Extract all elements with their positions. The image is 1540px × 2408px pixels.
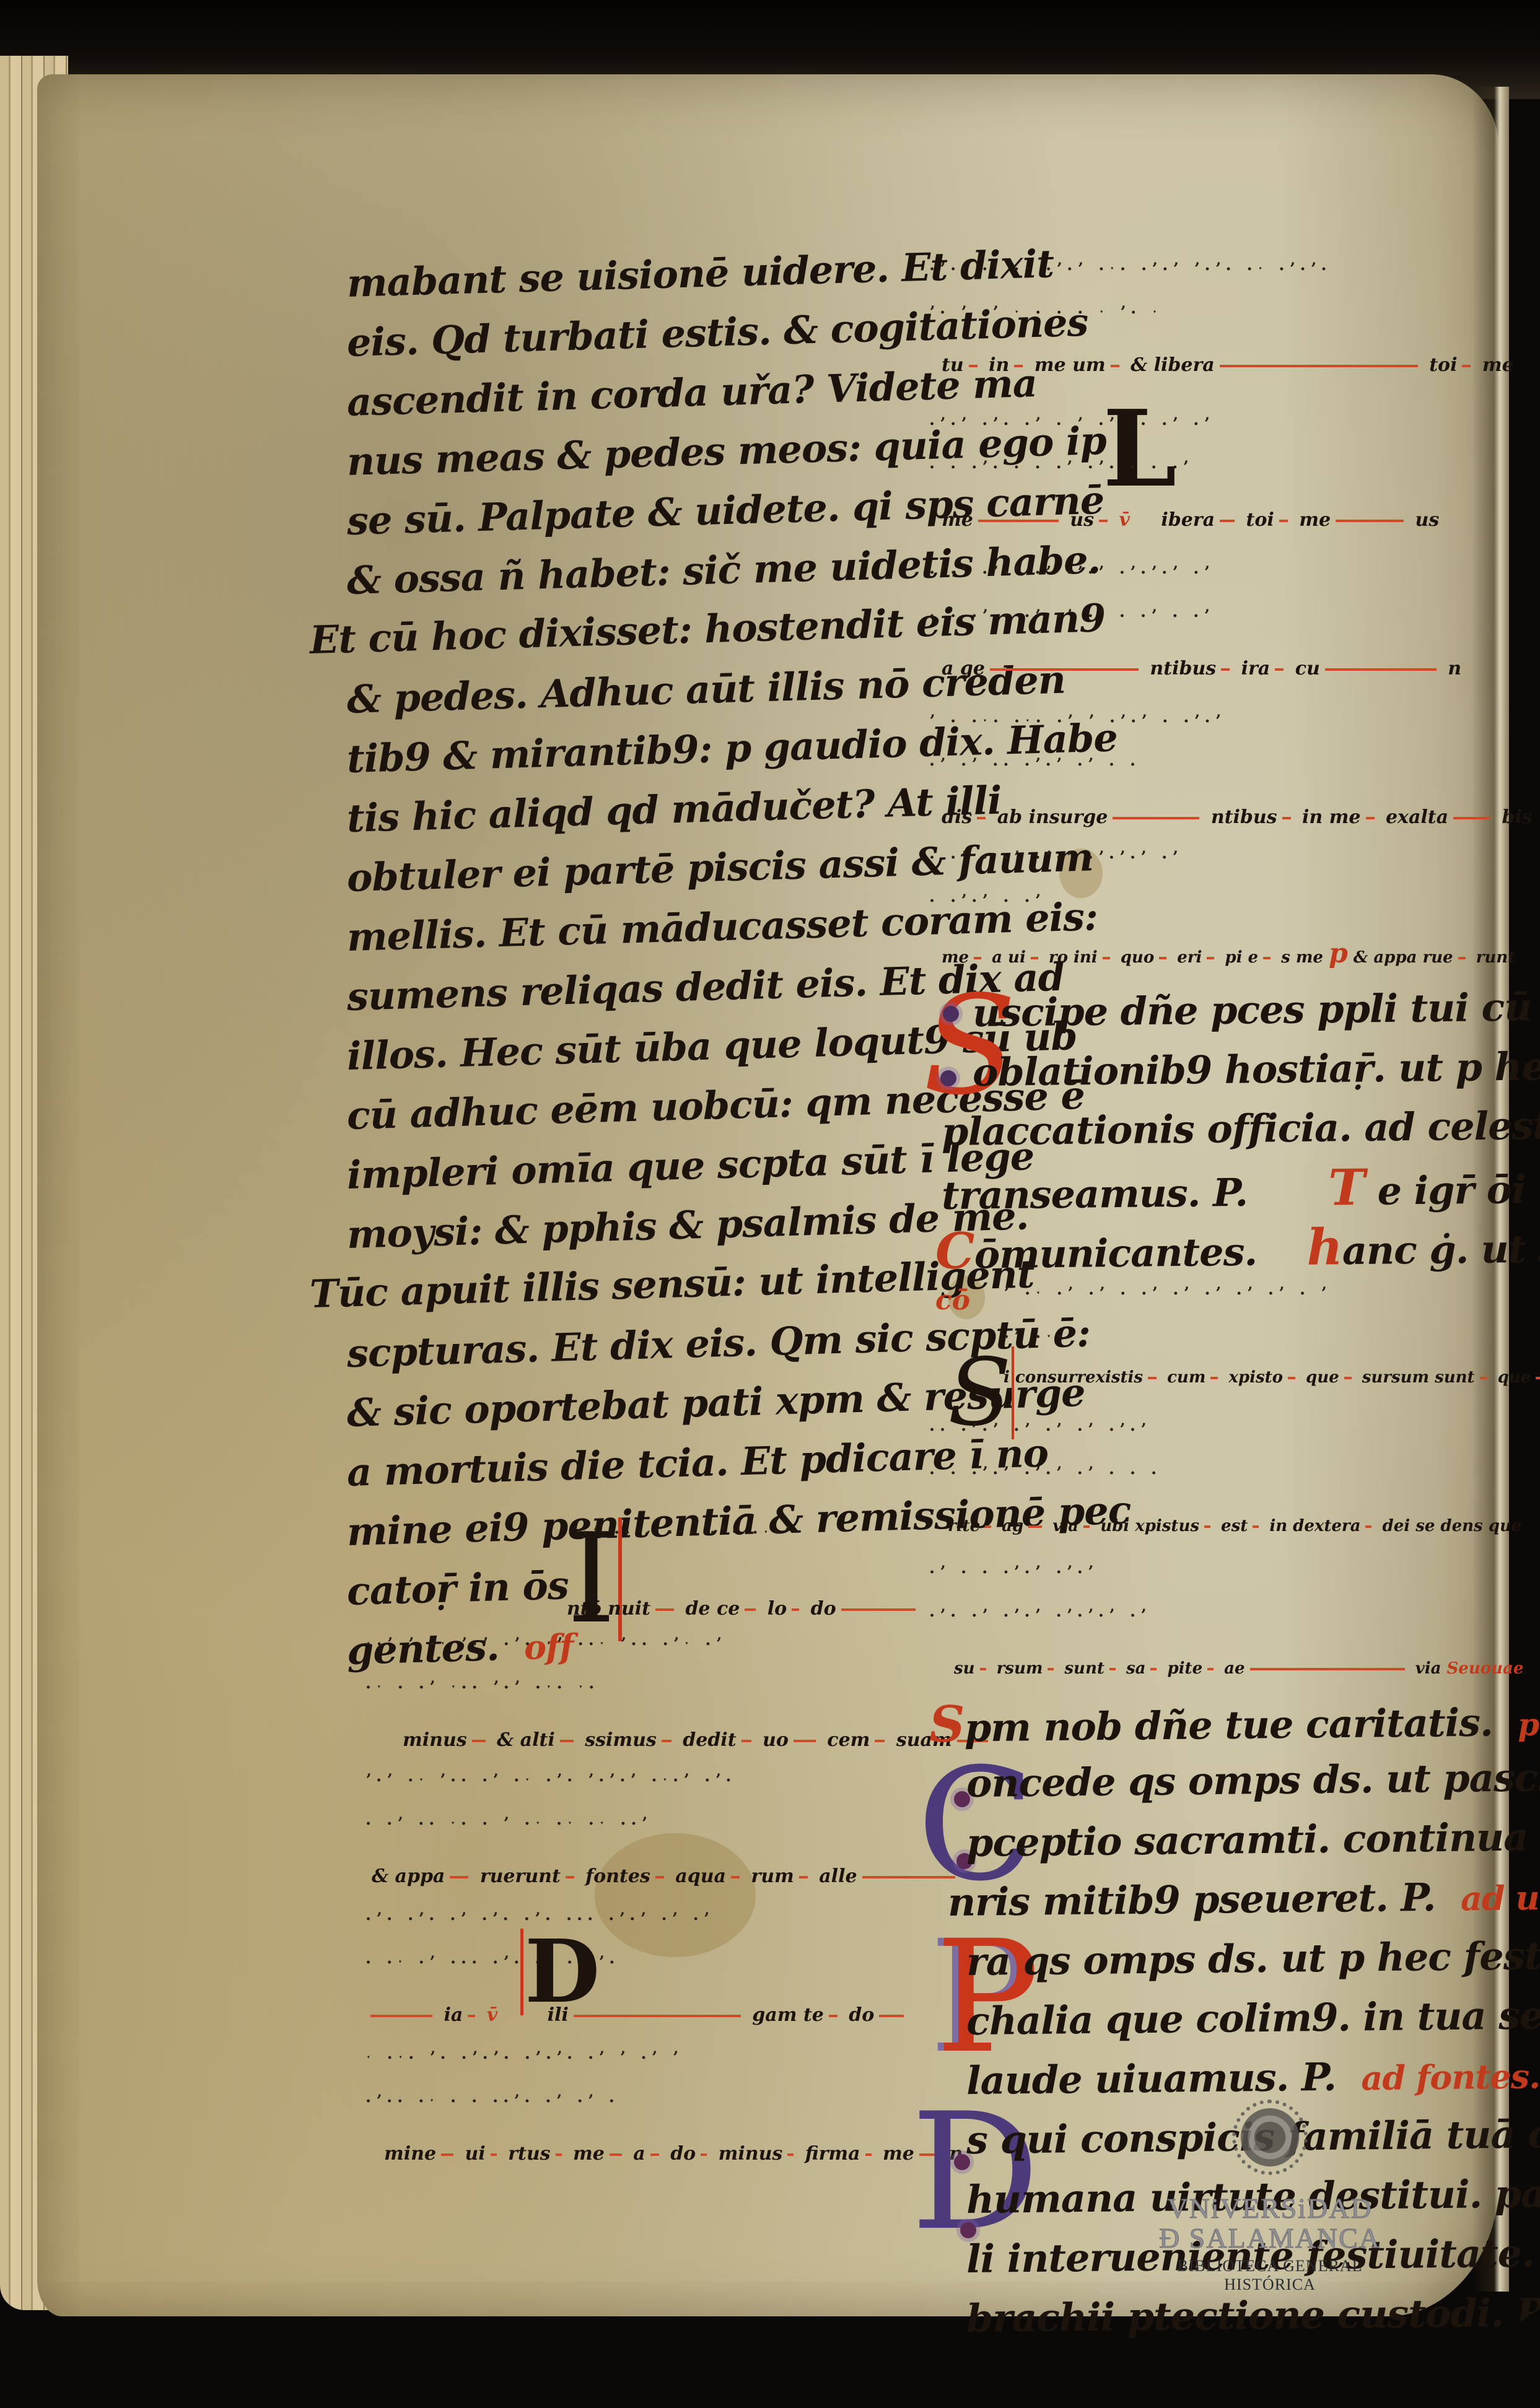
- syllable: me: [942, 502, 973, 539]
- neumes: ·ʼ · · ·ʼ·ʼ ·ʼ·ʼ: [929, 1563, 1493, 1607]
- lyric-extender: [745, 1608, 756, 1611]
- lyric-extender: [1207, 957, 1214, 959]
- syllable: cum: [1167, 1359, 1205, 1396]
- lyric-extender: [655, 1876, 664, 1878]
- syllable: ira: [1241, 650, 1271, 687]
- lyric-extender: [1109, 1668, 1116, 1670]
- neumes: ˑ·ʼ ʼ ·ˑ ʼ·ʼ ·ʼ· ˑʼ ··ˑ ʼ·· ·ʼˑ ·ʼ: [365, 1635, 911, 1678]
- syllable: que: [1306, 1359, 1339, 1396]
- text-line: chalia que colim9. in tua semper: [966, 1986, 1493, 2051]
- prayer-concede: C oncede qs omps ds. ut paschalis pcepti…: [929, 1754, 1493, 1932]
- lyric-extender: [731, 1876, 740, 1878]
- rubric-tag: pcō. at: [1518, 1705, 1540, 1743]
- text-line: Cōmunicantes. hanc ġ. ut sr̄.: [935, 1216, 1493, 1281]
- lyric-extender: [1275, 668, 1284, 671]
- lyric-extender: [1159, 957, 1166, 959]
- lyric-row: i consurrexistis cum xpisto que sursum s…: [929, 1359, 1493, 1396]
- right-column: ·ʼ·· ·ʼ ·ˑ ·ʼ·ʼ ·ˑ· ·ʼ·ʼ ʼ·ʼ· ·ˑ ·ʼ·ʼ· ʼ…: [929, 260, 1493, 2349]
- syllable: ag: [1002, 1507, 1023, 1545]
- lyric-extender: [610, 2153, 622, 2156]
- lyric-extender: [1325, 668, 1437, 671]
- neumes: ʼ·ʼ ·ˑ ʼ·· ·ʼ ·ˑ ·ʼ· ʼ·ʼ·ʼ ·ˑ·ʼ ·ʼ·: [365, 1771, 911, 1815]
- syllable: s: [1281, 939, 1290, 976]
- lyric-extender: [977, 817, 986, 819]
- communion-chant: cō ʼ ·ˑ ·ʼ ·ʼ · ·ʼ ·ʼ ·ʼ ·ʼ ·ʼ · ʼ ·ʼ ·ˑ…: [929, 1285, 1493, 1687]
- verse-marker: v̄: [487, 1997, 497, 2034]
- lyric-row: rite ag via ubi xpistus est in dextera d…: [929, 1507, 1493, 1545]
- syllable: me: [1299, 502, 1331, 539]
- syllable: ibera: [1161, 502, 1215, 539]
- lyric-extender: [1480, 1377, 1487, 1379]
- neumes: ·ʼ ·ʼ ·· ·ʼ·ʼ ·ʼ · ·: [929, 756, 1493, 799]
- syllable: bis: [1502, 799, 1533, 836]
- neumes: ·ʼ·ʼ ·ʼ·ʼ ·ʼ ·ʼ·ʼ ·ʼ·ʼ·ʼ ·ʼ: [929, 564, 1493, 607]
- lyric-row: tu in me um & libera toi me: [929, 347, 1493, 384]
- syllable: us: [1070, 502, 1094, 539]
- lyric-row: me us v̄ ibera toi me us: [929, 502, 1493, 539]
- syllable: sunt: [1064, 1650, 1104, 1687]
- syllable: uo: [763, 1722, 789, 1759]
- lyric-extender: [1458, 957, 1466, 959]
- lyric-extender: [742, 1740, 751, 1742]
- seal-icon: [1232, 2100, 1308, 2175]
- text-fragment: e igr̄ ōi: [1377, 1167, 1526, 1213]
- syllable: lo: [768, 1590, 787, 1628]
- lyric-extender: [468, 2015, 475, 2017]
- lyric-extender: [792, 1608, 799, 1611]
- watermark-library: BIBLIOTECA GENERAL HISTÓRICA: [1140, 2257, 1400, 2294]
- lyric-extender: [1220, 520, 1235, 522]
- syllable: aqua: [675, 1858, 726, 1895]
- syllable: alle: [819, 1858, 857, 1895]
- lyric-extender: [1263, 957, 1271, 959]
- lyric-extender: [974, 957, 981, 959]
- syllable: pi e: [1225, 939, 1258, 976]
- syllable: in dextera: [1269, 1507, 1360, 1545]
- neumes: ·ʼ· ·ʼ· ·ʼ ·ʼ· ·ʼ· ··· ·ʼ·ʼ ·ʼ ·ʼ: [365, 1910, 911, 1953]
- lyric-extender: [1221, 668, 1230, 671]
- syllable: ruerunt: [480, 1858, 561, 1895]
- rubric-tag: ad fontes.: [1361, 2056, 1540, 2098]
- lyric-extender: [879, 2015, 904, 2017]
- lyric-extender: [1083, 1525, 1090, 1528]
- syllable: minus: [719, 2135, 783, 2173]
- syllable: exalta: [1386, 799, 1448, 836]
- watermark-university: VNiVERSiDAD: [1140, 2194, 1400, 2223]
- lyric-extender: [1253, 1525, 1259, 1528]
- lyric-extender: [1210, 1377, 1218, 1379]
- text-line: pceptio sacramti. continua in: [966, 1808, 1493, 1873]
- syllable: do: [811, 1590, 836, 1628]
- syllable: me: [883, 2135, 914, 2173]
- syllable: me: [573, 2135, 605, 2173]
- verse-marker: v̄: [1119, 502, 1129, 539]
- syllable: dedit: [683, 1722, 736, 1759]
- lyric-extender: [1279, 520, 1288, 522]
- syllable: su: [954, 1650, 975, 1687]
- lyric-extender: [969, 365, 978, 367]
- neumes: ·ʼ·· ·ˑ · · ··ʼ· ·ʼ ·ʼ ·: [365, 2092, 911, 2135]
- syllable: a ge: [942, 650, 985, 687]
- lyric-extender: [574, 2015, 741, 2017]
- lyric-extender: [1536, 1377, 1540, 1379]
- text-fragment: anc ġ. ut sr̄.: [1342, 1226, 1540, 1273]
- syllable: via: [1052, 1507, 1078, 1545]
- syllable: fontes: [585, 1858, 650, 1895]
- lyric-extender: [1220, 365, 1418, 367]
- neumes: · ·ʼ · ·ʼ ·ʼ·ʼ ·ʼ·ʼ·ʼ ·ʼ: [929, 848, 1493, 892]
- syllable: que: [1489, 1507, 1522, 1545]
- syllable: de ce: [685, 1590, 740, 1628]
- syllable: a: [633, 2135, 645, 2173]
- neumes: ·ʼ ·· ˑ ·ˑ· ·ʼˑ ·ˑ·ʼ: [582, 1524, 904, 1567]
- syllable: rsum: [997, 1650, 1043, 1687]
- syllable: ia: [444, 1997, 463, 2034]
- lyric-extender: [875, 1740, 885, 1742]
- text-fragment: ōmunicantes.: [974, 1229, 1257, 1278]
- syllable: dei: [1383, 1507, 1411, 1545]
- syllable: & appa: [372, 1858, 445, 1895]
- lyric-extender: [370, 2015, 432, 2017]
- initial-letter-t: T: [1328, 1158, 1365, 1217]
- watermark-salamanca: Đ SALAMANCA: [1140, 2223, 1400, 2253]
- left-column: mabant se uisionē uidere. Et dixit eis. …: [347, 254, 904, 1681]
- lyric-row: ia v̄ ili gam te do: [365, 1997, 911, 2034]
- syllable: toi: [1246, 502, 1274, 539]
- text-line: oblationib9 hostiaṝ. ut p hec pie: [972, 1037, 1493, 1102]
- syllable: cu: [1295, 650, 1320, 687]
- syllable: rue: [1422, 939, 1453, 976]
- syllable: rtus: [508, 2135, 550, 2173]
- lyric-extender: [1204, 1525, 1210, 1528]
- syllable: in: [989, 347, 1009, 384]
- lyric-row: & appa ruerunt fontes aqua rum alle: [365, 1858, 911, 1895]
- chant-lyrics: ntō nuit de ce lo do: [567, 1590, 901, 1628]
- initial-letter-c: C: [935, 1221, 975, 1280]
- neumes: ·ʼ· ·ʼ ·ʼ·ʼ ·ʼ·ʼ·ʼ ·ʼ: [929, 1607, 1493, 1650]
- lyric-extender: [1048, 1668, 1054, 1670]
- syllable: firma: [805, 2135, 860, 2173]
- syllable: ae: [1224, 1650, 1245, 1687]
- lyric-extender: [1014, 365, 1023, 367]
- chant-block-left: ˑ·ʼ ʼ ·ˑ ʼ·ʼ ·ʼ· ˑʼ ··ˑ ʼ·· ·ʼˑ ·ʼ ·ˑ · …: [365, 1635, 911, 2173]
- lyric-extender: [1250, 1668, 1405, 1670]
- lyric-extender: [1462, 365, 1471, 367]
- syllable: me: [1035, 347, 1066, 384]
- syllable: pite: [1168, 1650, 1203, 1687]
- differentia-rubric: Seuouae: [1447, 1650, 1524, 1687]
- lyric-extender: [1344, 1377, 1352, 1379]
- lyric-extender: [655, 1608, 674, 1611]
- lyric-row: a ge ntibus ira cu n: [929, 650, 1493, 687]
- syllable: do: [670, 2135, 696, 2173]
- syllable: quo: [1121, 939, 1154, 976]
- syllable: ili: [548, 1997, 569, 2034]
- text-line: placcationis officia. ad celestē glām: [941, 1097, 1493, 1162]
- neumes: ʼ ·ˑ ·ʼ ·ʼ · ·ʼ ·ʼ ·ʼ ·ʼ ·ʼ · ʼ: [929, 1285, 1493, 1328]
- syllable: xpisto: [1228, 1359, 1283, 1396]
- syllable: ntō nuit: [567, 1590, 650, 1628]
- neumes: ʼ · ·ˑ· ·ˑ· ·ʼ ʼ ·ʼ·ʼ · ·ʼ·ʼ: [929, 712, 1493, 756]
- syllable: sa: [1126, 1650, 1145, 1687]
- syllable: xpistus: [1135, 1507, 1199, 1545]
- lyric-extender: [566, 1876, 574, 1878]
- lyric-extender: [472, 1740, 486, 1742]
- syllable: sursum: [1362, 1359, 1429, 1396]
- lyric-extender: [787, 2153, 794, 2156]
- neumes: ·· ·ʼ·ʼ ·ʼ ·ʼ ·ʼ ·ʼ·ʼ: [929, 1421, 1493, 1464]
- lyric-extender: [560, 1740, 574, 1742]
- neumes: · ·ʼ·ʼ · ·ʼ: [929, 892, 1493, 935]
- lyric-extender: [1366, 817, 1375, 819]
- syllable: in me: [1302, 799, 1360, 836]
- syllable: rum: [751, 1858, 794, 1895]
- lyric-extender: [1150, 1668, 1157, 1670]
- text-fragment: transeamus. P.: [942, 1170, 1248, 1218]
- lyric-extender: [441, 2153, 453, 2156]
- syllable: tu: [942, 347, 964, 384]
- syllable: dis: [942, 799, 972, 836]
- lyric-extender: [799, 1876, 808, 1878]
- syllable: cem: [827, 1722, 870, 1759]
- syllable: que: [1498, 1359, 1531, 1396]
- lyric-extender: [1288, 1377, 1295, 1379]
- syllable: ntibus: [1211, 799, 1277, 836]
- lyric-extender: [491, 2153, 497, 2156]
- lyric-extender: [1365, 1525, 1372, 1528]
- syllable: ui: [465, 2135, 486, 2173]
- lyric-extender: [980, 1668, 986, 1670]
- text-line: uscipe dñe pces ppli tui cū Scr: [972, 978, 1493, 1043]
- syllable: est: [1221, 1507, 1248, 1545]
- lyric-extender: [1099, 520, 1108, 522]
- text-line: transeamus. P. T e igr̄ ōi: [941, 1156, 1493, 1221]
- syllable: insurge: [1029, 799, 1108, 836]
- neume-row: ·ʼ ·· ˑ ·ˑ· ·ʼˑ ·ˑ·ʼ: [582, 1524, 904, 1567]
- neumes: ʼ· ʼ ·ʼ ˑ · · · ˑ ʼ· ˑ: [929, 303, 1493, 347]
- library-watermark: VNiVERSiDAD Đ SALAMANCA BIBLIOTECA GENER…: [1140, 2100, 1400, 2294]
- lyric-extender: [1113, 817, 1199, 819]
- syllable: i consurrexistis: [1004, 1359, 1143, 1396]
- syllable: runt: [1476, 939, 1516, 976]
- syllable: me: [1296, 939, 1323, 976]
- neumes: · · ·ʼ·ʼ ·ʼ·ʼ ·ʼ · · ·: [929, 1464, 1493, 1507]
- syllable: us: [1415, 502, 1440, 539]
- lyric-extender: [985, 1525, 991, 1528]
- prayer-suscipe: S uscipe dñe pces ppli tui cū Scr oblati…: [929, 984, 1493, 1281]
- syllable: & alti: [497, 1722, 555, 1759]
- lyric-row: mine ui rtus me a do minus firma me n: [365, 2135, 911, 2173]
- lyric-row: dis ab insurge ntibus in me exalta bis: [929, 799, 1493, 836]
- rosette-ornament: [940, 1070, 956, 1086]
- lyric-extender: [865, 2153, 872, 2156]
- lyric-extender: [1031, 957, 1038, 959]
- syllable: se dens: [1415, 1507, 1483, 1545]
- text-fragment: uscipe dñe pces ppli tui cū: [973, 985, 1532, 1036]
- lyric-extender: [1336, 520, 1404, 522]
- syllable: sunt: [1435, 1359, 1474, 1396]
- neumes: · ·ˑ ·ʼ ··· ·ʼ· ·ˑ · ·ʼ· D: [365, 1953, 911, 1997]
- text-line: oncede qs omps ds. ut paschalis: [966, 1748, 1493, 1813]
- syllable: do: [849, 1997, 874, 2034]
- neumes: · ·ʼ ·· ˑ· · ʼ ·ˑ ·ˑ ·ˑ ··ʼ: [365, 1815, 911, 1858]
- lyric-extender: [1028, 1525, 1042, 1528]
- lyric-row: minus & alti ssimus dedit uo cem suam: [365, 1722, 911, 1759]
- lyric-extender: [1207, 1668, 1214, 1670]
- syllable: rite: [948, 1507, 980, 1545]
- lyric-extender: [990, 668, 1139, 671]
- syllable: ntibus: [1150, 650, 1216, 687]
- syllable: gam te: [752, 1997, 824, 2034]
- rubric-marker: p: [1329, 935, 1348, 972]
- rubric-tag: ad ups: [1461, 1877, 1540, 1918]
- lyric-row: ntō nuit de ce lo do: [567, 1590, 901, 1628]
- lyric-row: su rsum sunt sa pite ae via Seuouae: [929, 1650, 1493, 1687]
- lyric-extender: [1111, 365, 1119, 367]
- syllable: ro: [1049, 939, 1068, 976]
- lyric-extender: [829, 2015, 838, 2017]
- lyric-extender: [556, 2153, 562, 2156]
- text-line: ra qs omps ds. ut p hec festa pas: [966, 1927, 1493, 1992]
- neumes: ·ʼ·· ·ʼ ·ˑ ·ʼ·ʼ ·ˑ· ·ʼ·ʼ ʼ·ʼ· ·ˑ ·ʼ·ʼ·: [929, 260, 1493, 303]
- text-fragment: pm nob dñe tue caritatis.: [964, 1699, 1492, 1750]
- lyric-extender: [841, 1608, 916, 1611]
- syllable: ab: [997, 799, 1022, 836]
- lyric-extender: [978, 520, 1059, 522]
- syllable: me: [1482, 347, 1514, 384]
- lyric-extender: [450, 1876, 468, 1878]
- lyric-extender: [794, 1740, 816, 1742]
- syllable: eri: [1177, 939, 1202, 976]
- lyric-extender: [1148, 1377, 1157, 1379]
- rosette-ornament: [943, 1006, 959, 1022]
- lyric-extender: [1282, 817, 1291, 819]
- syllable: ubi: [1100, 1507, 1129, 1545]
- syllable: toi: [1429, 347, 1457, 384]
- syllable: via: [1415, 1650, 1442, 1687]
- neumes: ·ʼ·ʼ ·ʼ· ·ʼ · ʼ ·ʼ·ʼ· ·ʼ ·ʼ L: [929, 415, 1493, 458]
- syllable: ssimus: [585, 1722, 657, 1759]
- initial-letter-h: h: [1306, 1218, 1342, 1276]
- lyric-extender: [1453, 817, 1490, 819]
- syllable: um: [1072, 347, 1106, 384]
- neumes: · · ·ʼ · ·ʼ ·ʼ ·ʼ · ·ʼ · ·ʼ: [929, 607, 1493, 650]
- syllable: minus: [403, 1722, 467, 1759]
- neumes: ·ˑ · ·ʼ ˑ·· ʼ·ʼ ·ˑ· ˑ·: [365, 1678, 911, 1722]
- syllable: n: [1448, 650, 1461, 687]
- lyric-extender: [701, 2153, 707, 2156]
- lyric-extender: [1103, 957, 1110, 959]
- syllable: & appa: [1354, 939, 1417, 976]
- neumes: · · ·ʼ· · · ·ʼ ·ʼ· · · ·ʼ: [929, 458, 1493, 502]
- syllable: mine: [384, 2135, 436, 2173]
- syllable: & libera: [1131, 347, 1215, 384]
- syllable: ini: [1074, 939, 1098, 976]
- lyric-extender: [650, 2153, 659, 2156]
- lyric-extender: [662, 1740, 672, 1742]
- neumes: ˑ ·ˑ· ʼ· ·ʼ·ʼ· ·ʼ·ʼ· ·ʼ ʼ ·ʼ ʼ: [365, 2049, 911, 2092]
